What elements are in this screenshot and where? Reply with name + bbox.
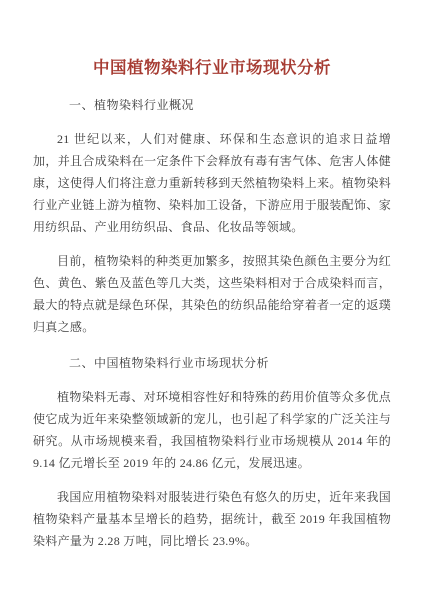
paragraph-industry-background: 21 世纪以来，人们对健康、环保和生态意识的追求日益增加，并且合成染料在一定条件… [33,128,391,238]
section-industry-overview: 一、植物染料行业概况 21 世纪以来，人们对健康、环保和生态意识的追求日益增加，… [33,94,391,338]
paragraph-market-size: 植物染料无毒、对环境相容性好和特殊的药用价值等众多优点使它成为近年来染整领域新的… [33,386,391,474]
paragraph-output-volume: 我国应用植物染料对服装进行染色有悠久的历史，近年来我国植物染料产量基本呈增长的趋… [33,486,391,552]
document-title: 中国植物染料行业市场现状分析 [33,56,391,80]
section-heading-market-analysis: 二、中国植物染料行业市场现状分析 [33,352,391,374]
section-heading-overview: 一、植物染料行业概况 [33,94,391,116]
paragraph-dye-types: 目前，植物染料的种类更加繁多，按照其染色颜色主要分为红色、黄色、紫色及蓝色等几大… [33,250,391,338]
section-market-analysis: 二、中国植物染料行业市场现状分析 植物染料无毒、对环境相容性好和特殊的药用价值等… [33,352,391,552]
document-page: 中国植物染料行业市场现状分析 一、植物染料行业概况 21 世纪以来，人们对健康、… [0,0,424,600]
